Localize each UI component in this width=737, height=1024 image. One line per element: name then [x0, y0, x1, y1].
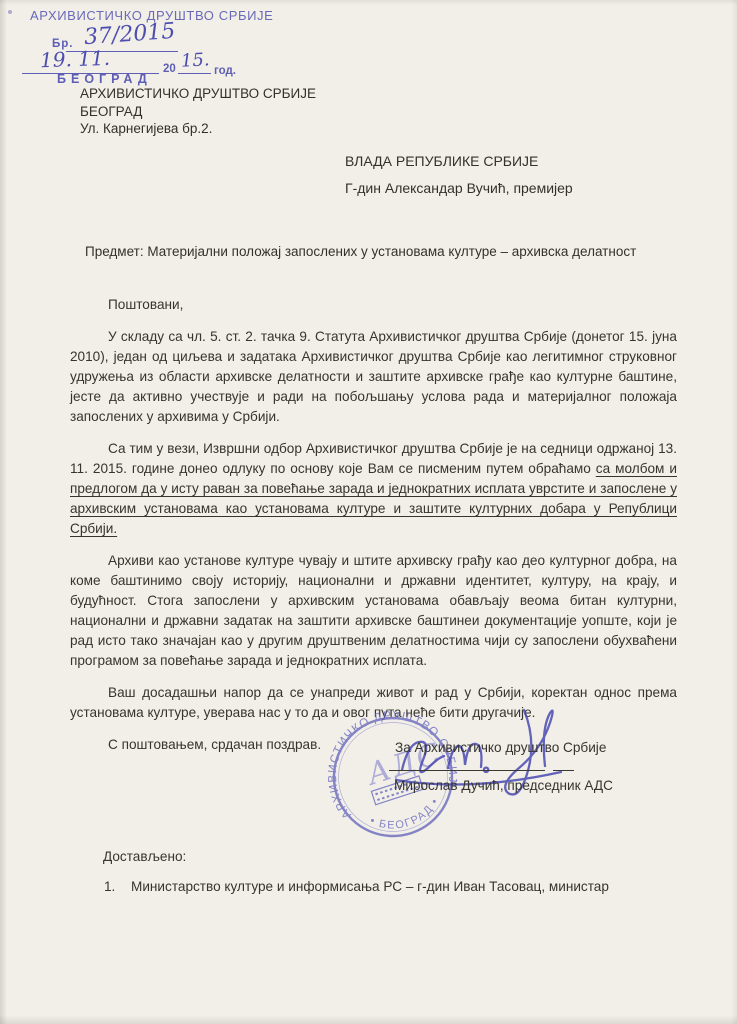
registry-year-line	[178, 73, 211, 74]
distribution-label: Достављено:	[103, 849, 186, 864]
paragraph-3: Архиви као установе културе чувају и шти…	[70, 551, 677, 671]
paragraph-2-normal: Са тим у вези, Извршни одбор Архивистичк…	[70, 441, 677, 476]
letter-body: Поштовани, У складу са чл. 5. ст. 2. тач…	[70, 295, 677, 767]
letterhead: АРХИВИСТИЧКО ДРУШТВО СРБИЈЕ БЕОГРАД Ул. …	[80, 85, 316, 138]
registry-date-handwritten: 19. 11.	[40, 46, 111, 72]
registry-year-prefix: 20	[163, 63, 176, 75]
signature-for-line: За Архивистичко друштво Србије	[395, 740, 606, 755]
registry-year-handwritten: 15.	[180, 49, 210, 71]
distribution-item-text: Министарство културе и информисања РС – …	[131, 879, 609, 894]
handwritten-signature	[378, 698, 593, 816]
registry-stamp-city: БЕОГРАД	[57, 72, 152, 86]
signature-rule-short	[553, 770, 574, 771]
subject-line: Предмет: Материјални положај запослених …	[85, 244, 636, 259]
scanned-letter-page: АРХИВИСТИЧКО ДРУШТВО СРБИЈЕ Бр. 37/2015 …	[0, 0, 737, 1024]
signature-rule-long	[389, 770, 545, 771]
paragraph-1: У складу са чл. 5. ст. 2. тачка 9. Стату…	[70, 327, 677, 427]
signature-name-line: Мирослав Дучић, председник АДС	[394, 778, 613, 793]
letterhead-city: БЕОГРАД	[80, 103, 316, 121]
scan-artifact-dot	[8, 10, 12, 14]
paragraph-2: Са тим у вези, Извршни одбор Архивистичк…	[70, 439, 677, 539]
distribution-item-number: 1.	[104, 879, 115, 894]
registry-year-suffix: год.	[214, 65, 236, 77]
recipient-institution: ВЛАДА РЕПУБЛИКЕ СРБИЈЕ	[345, 153, 573, 169]
salutation: Поштовани,	[70, 295, 677, 315]
letterhead-org: АРХИВИСТИЧКО ДРУШТВО СРБИЈЕ	[80, 85, 316, 103]
recipient-person: Г-дин Александар Вучић, премијер	[345, 180, 573, 196]
recipient-block: ВЛАДА РЕПУБЛИКЕ СРБИЈЕ Г-дин Александар …	[345, 153, 573, 196]
letterhead-address: Ул. Карнегијева бр.2.	[80, 120, 316, 138]
